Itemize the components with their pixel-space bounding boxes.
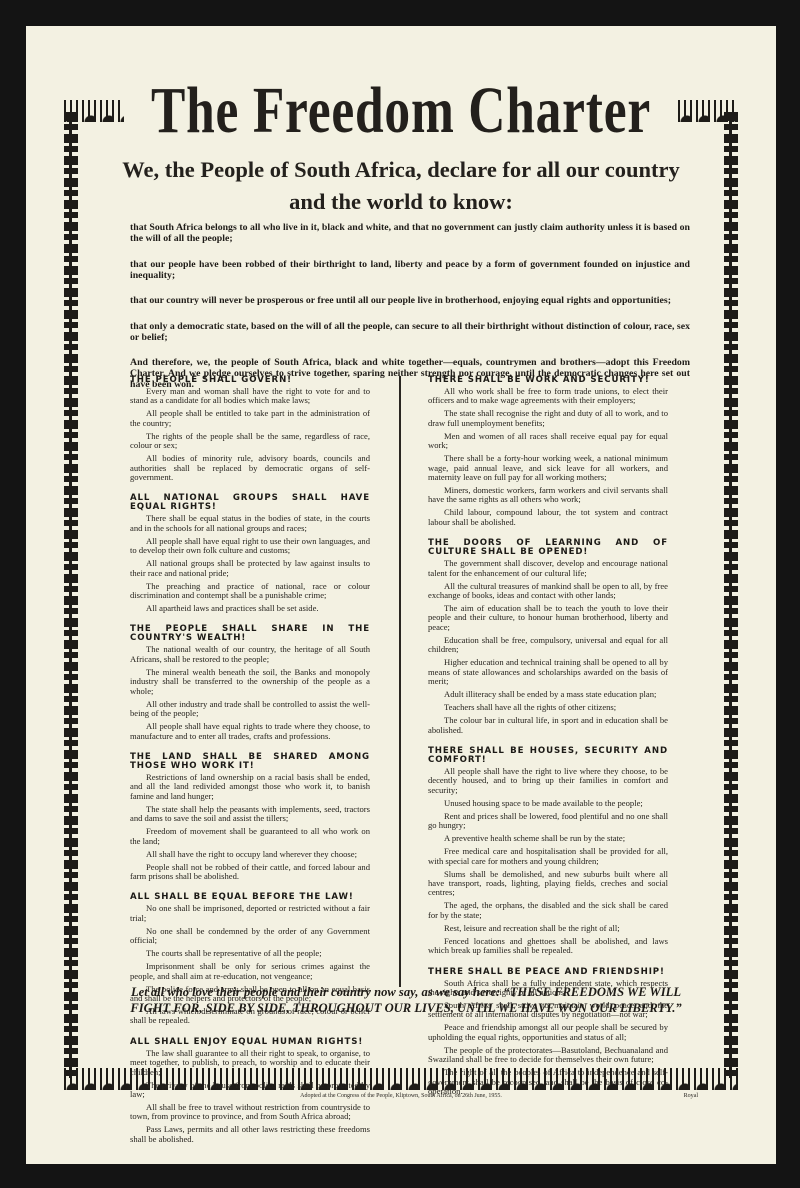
section-human-rights: ALL SHALL ENJOY EQUAL HUMAN RIGHTS! The … xyxy=(130,1038,370,1144)
clause: Miners, domestic workers, farm workers a… xyxy=(428,486,668,505)
clause: Men and women of all races shall receive… xyxy=(428,432,668,451)
clause: All people shall have the right to live … xyxy=(428,767,668,795)
clause: No one shall be condemned by the order o… xyxy=(130,927,370,946)
clause: Rent and prices shall be lowered, food p… xyxy=(428,812,668,831)
clause: Fenced locations and ghettoes shall be a… xyxy=(428,937,668,956)
clause: Imprisonment shall be only for serious c… xyxy=(130,962,370,981)
clause: All other industry and trade shall be co… xyxy=(130,700,370,719)
clause: Pass Laws, permits and all other laws re… xyxy=(130,1125,370,1144)
section-heading: ALL NATIONAL GROUPS SHALL HAVE EQUAL RIG… xyxy=(130,494,370,512)
clause: All people shall have equal right to use… xyxy=(130,537,370,556)
border-left-ornament xyxy=(64,112,78,1078)
section-work-security: THERE SHALL BE WORK AND SECURITY! All wh… xyxy=(428,376,668,527)
clause: All the cultural treasures of mankind sh… xyxy=(428,582,668,601)
clause: Peace and friendship amongst all our peo… xyxy=(428,1023,668,1042)
preamble-paragraph: that South Africa belongs to all who liv… xyxy=(130,222,690,244)
section-heading: THERE SHALL BE HOUSES, SECURITY AND COMF… xyxy=(428,747,668,765)
clause: The aim of education shall be to teach t… xyxy=(428,604,668,632)
clause: Every man and woman shall have the right… xyxy=(130,387,370,406)
clause: Higher education and technical training … xyxy=(428,658,668,686)
section-national-groups: ALL NATIONAL GROUPS SHALL HAVE EQUAL RIG… xyxy=(130,494,370,613)
preamble-paragraph: that only a democratic state, based on t… xyxy=(130,321,690,343)
clause: A preventive health scheme shall be run … xyxy=(428,834,668,843)
section-heading: ALL SHALL BE EQUAL BEFORE THE LAW! xyxy=(130,893,370,902)
clause: Slums shall be demolished, and new subur… xyxy=(428,870,668,898)
clause: All shall be free to travel without rest… xyxy=(130,1103,370,1122)
clause: All shall have the right to occupy land … xyxy=(130,850,370,859)
clause: Child labour, compound labour, the tot s… xyxy=(428,508,668,527)
section-heading: ALL SHALL ENJOY EQUAL HUMAN RIGHTS! xyxy=(130,1038,370,1047)
section-share-wealth: THE PEOPLE SHALL SHARE IN THE COUNTRY'S … xyxy=(130,625,370,740)
section-heading: THE PEOPLE SHALL SHARE IN THE COUNTRY'S … xyxy=(130,625,370,643)
clause: Free medical care and hospitalisation sh… xyxy=(428,847,668,866)
clause: Adult illiteracy shall be ended by a mas… xyxy=(428,690,668,699)
adoption-footer: Adopted at the Congress of the People, K… xyxy=(26,1093,776,1099)
preamble-paragraph: that our country will never be prosperou… xyxy=(130,295,690,306)
clause: The aged, the orphans, the disabled and … xyxy=(428,901,668,920)
clause: Rest, leisure and recreation shall be th… xyxy=(428,924,668,933)
section-land-shared: THE LAND SHALL BE SHARED AMONG THOSE WHO… xyxy=(130,753,370,881)
charter-poster: The Freedom Charter We, the People of So… xyxy=(26,26,776,1164)
clause: The rights of the people shall be the sa… xyxy=(130,432,370,451)
clause: The people of the protectorates—Basutola… xyxy=(428,1046,668,1065)
section-learning-culture: THE DOORS OF LEARNING AND OF CULTURE SHA… xyxy=(428,539,668,735)
section-heading: THERE SHALL BE PEACE AND FRIENDSHIP! xyxy=(428,968,668,977)
section-heading: THE PEOPLE SHALL GOVERN! xyxy=(130,376,370,385)
clause: All bodies of minority rule, advisory bo… xyxy=(130,454,370,482)
clause: The colour bar in cultural life, in spor… xyxy=(428,716,668,735)
clause: The national wealth of our country, the … xyxy=(130,645,370,664)
clause: There shall be a forty-hour working week… xyxy=(428,454,668,482)
clause: All national groups shall be protected b… xyxy=(130,559,370,578)
clause: There shall be equal status in the bodie… xyxy=(130,514,370,533)
clause: Unused housing space to be made availabl… xyxy=(428,799,668,808)
clause: The preaching and practice of national, … xyxy=(130,582,370,601)
declaration-subtitle: We, the People of South Africa, declare … xyxy=(106,154,696,218)
clause: The state shall help the peasants with i… xyxy=(130,805,370,824)
clause: The state shall recognise the right and … xyxy=(428,409,668,428)
clause: People shall not be robbed of their catt… xyxy=(130,863,370,882)
section-heading: THE DOORS OF LEARNING AND OF CULTURE SHA… xyxy=(428,539,668,557)
clause: Restrictions of land ownership on a raci… xyxy=(130,773,370,801)
border-right-ornament xyxy=(724,112,738,1078)
left-column: THE PEOPLE SHALL GOVERN! Every man and w… xyxy=(130,376,370,1156)
preamble-paragraph: that our people have been robbed of thei… xyxy=(130,259,690,281)
clause: The mineral wealth beneath the soil, the… xyxy=(130,668,370,696)
section-people-shall-govern: THE PEOPLE SHALL GOVERN! Every man and w… xyxy=(130,376,370,482)
section-heading: THERE SHALL BE WORK AND SECURITY! xyxy=(428,376,668,385)
printer-mark: Royal xyxy=(684,1093,698,1099)
clause: No one shall be imprisoned, deported or … xyxy=(130,904,370,923)
clause: All who work shall be free to form trade… xyxy=(428,387,668,406)
section-heading: THE LAND SHALL BE SHARED AMONG THOSE WHO… xyxy=(130,753,370,771)
clause: All apartheid laws and practices shall b… xyxy=(130,604,370,613)
column-divider xyxy=(399,376,401,987)
clause: All people shall be entitled to take par… xyxy=(130,409,370,428)
clause: Teachers shall have all the rights of ot… xyxy=(428,703,668,712)
clause: Education shall be free, compulsory, uni… xyxy=(428,636,668,655)
clause: The government shall discover, develop a… xyxy=(428,559,668,578)
clause: All people shall have equal rights to tr… xyxy=(130,722,370,741)
page-title: The Freedom Charter xyxy=(109,76,694,146)
clause: The courts shall be representative of al… xyxy=(130,949,370,958)
section-houses-comfort: THERE SHALL BE HOUSES, SECURITY AND COMF… xyxy=(428,747,668,956)
clause: Freedom of movement shall be guaranteed … xyxy=(130,827,370,846)
clause: The law shall guarantee to all their rig… xyxy=(130,1049,370,1077)
closing-declaration: Let all who love their people and their … xyxy=(120,984,692,1016)
